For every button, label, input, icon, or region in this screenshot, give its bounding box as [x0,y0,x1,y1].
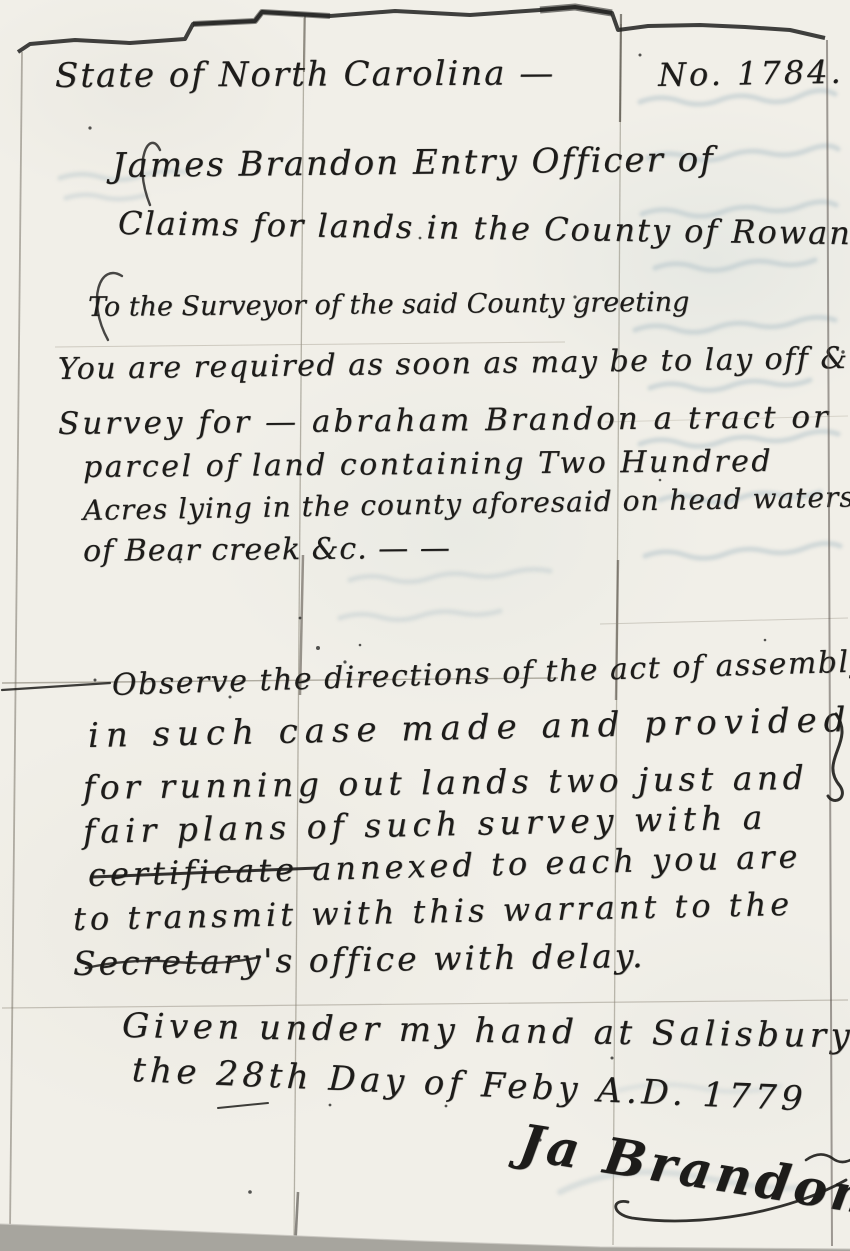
right-edge [827,40,832,1246]
28th-underline [218,1103,268,1108]
paper-artifacts-over [0,0,850,1251]
ink-specks [88,54,844,1194]
scanner-background-strip [0,1224,850,1251]
observe-leading-dash [2,683,110,690]
signature-trailing-squiggle [806,1154,850,1162]
torn-top-edge [18,7,825,52]
paper-side-edges [10,40,832,1246]
secretarys-leading-stroke [86,957,260,968]
signature-underline-flourish [616,1180,846,1221]
ink-flourishes [2,143,850,1221]
to-descender-flourish [97,273,122,340]
certificate-strike [92,868,318,877]
left-edge [10,52,22,1232]
james-ascender-flourish [142,143,160,205]
manuscript-scan-page: { "doc": { "kind": "scanned handwritten … [0,0,850,1251]
